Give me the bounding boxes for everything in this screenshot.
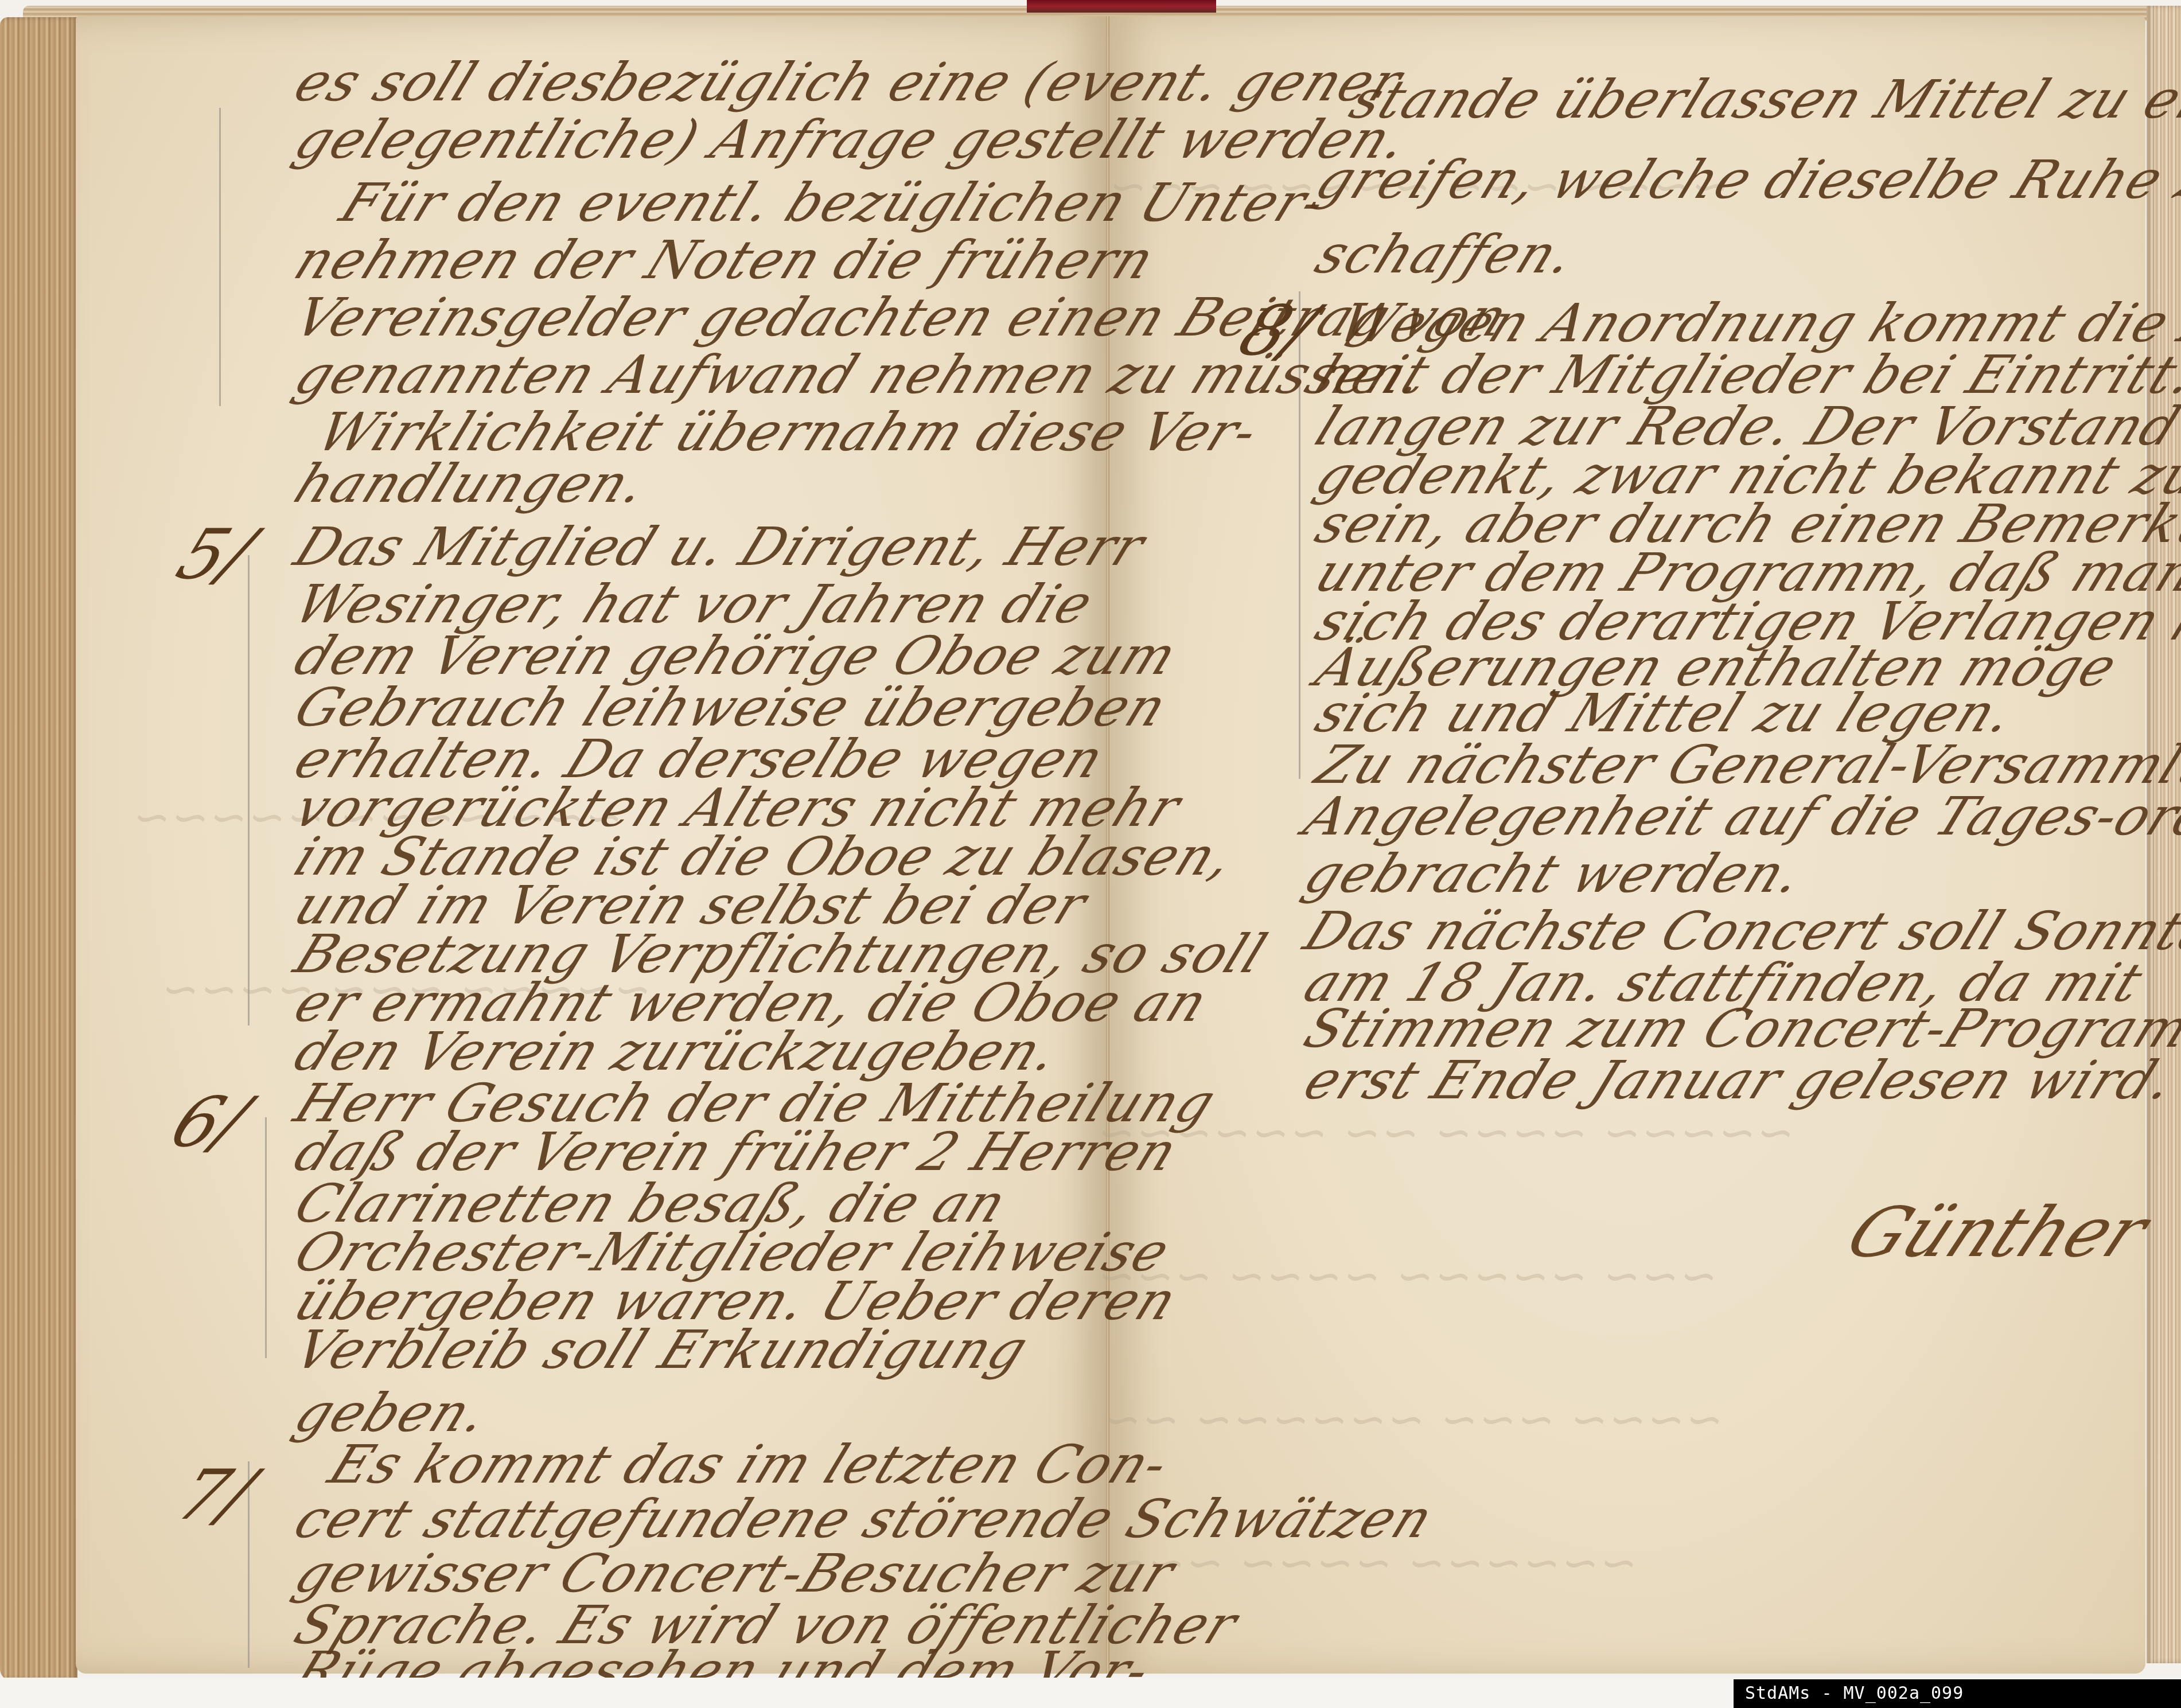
handwritten-line: genannten Aufwand nehmen zu müssen. (286, 344, 1435, 405)
handwritten-line: erst Ende Januar gelesen wird. (1295, 1050, 2181, 1111)
signature: Günther (1835, 1193, 2161, 1273)
handwritten-line: Angelegenheit auf die Tages-ordnung (1295, 786, 2181, 847)
left-fore-edge (0, 17, 77, 1680)
handwritten-line: es soll diesbezüglich eine (event. gener (286, 52, 1412, 113)
handwritten-line: handlungen. (286, 453, 657, 514)
handwritten-line: schaffen. (1307, 224, 1585, 285)
bleed-through-text: ~~~~ ~~~ ~~~~~~ ~~ (1094, 1393, 1734, 1446)
book-spread: ~~~ ~~~~ ~~~~~ ~~~~~ ~~~ ~~~~ 5/ 6/ 7/ ~… (0, 0, 2181, 1708)
handwritten-line: nehmen der Noten die frühern (286, 229, 1164, 291)
item-number: 5/ (166, 515, 265, 595)
handwritten-line: Für den eventl. bezüglichen Unter- (332, 172, 1335, 233)
archive-reference-label: StdAMs - MV_002a_099 (1734, 1679, 2181, 1708)
handwritten-line: gebracht werden. (1295, 843, 1813, 904)
handwritten-line: Das Mitglied u. Dirigent, Herr (286, 516, 1154, 578)
pencil-margin-line (265, 1117, 267, 1358)
red-binding-band (1027, 0, 1216, 13)
handwritten-line: greifen, welche dieselbe Ruhe zu (1307, 149, 2181, 210)
handwritten-line: Vereinsgelder gedachten einen Beitrag vo… (286, 287, 1517, 348)
handwritten-line: Es kommt das im letzten Con- (320, 1434, 1178, 1495)
pencil-margin-line (248, 555, 250, 1025)
item-number: 7/ (166, 1456, 265, 1535)
pencil-margin-line (219, 108, 221, 406)
handwritten-line: stande überlassen Mittel zu er- (1341, 69, 2181, 130)
item-number: 6/ (160, 1083, 259, 1163)
handwritten-line: cert stattgefundene störende Schwätzen (286, 1488, 1443, 1550)
handwritten-line: Verbleib soll Erkundigung (286, 1319, 1038, 1381)
handwritten-line: gelegentliche) Anfrage gestellt werden. (286, 109, 1418, 170)
